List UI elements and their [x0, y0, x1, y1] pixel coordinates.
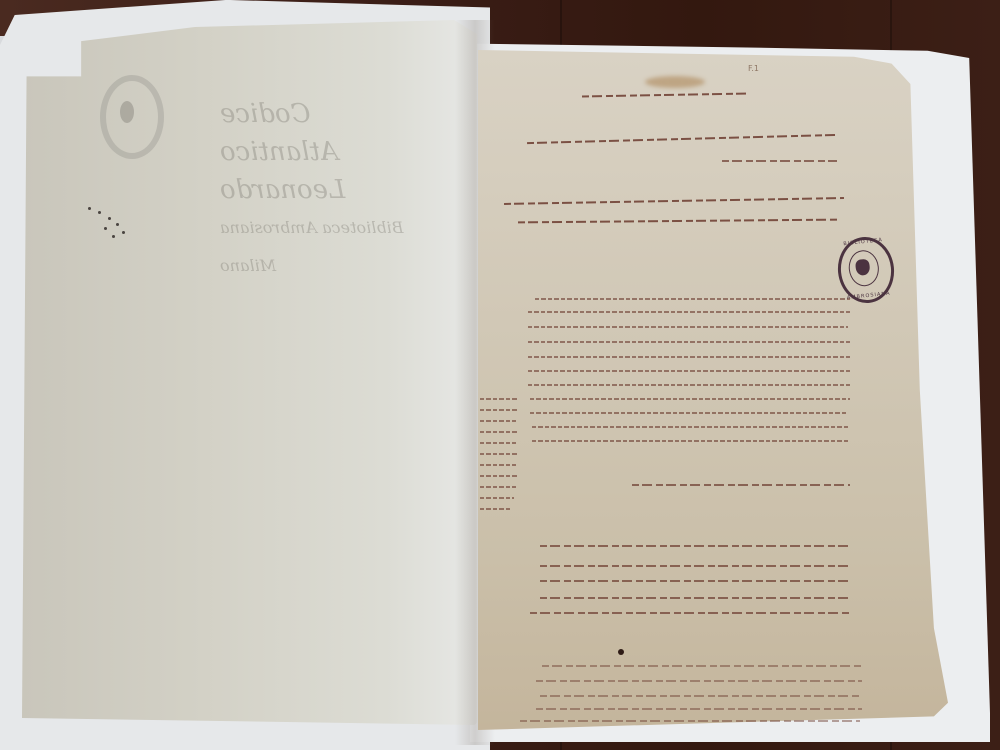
manuscript-line	[632, 484, 850, 486]
faded-line	[540, 695, 862, 697]
manuscript-line	[528, 384, 850, 386]
margin-note-line	[480, 420, 516, 422]
faded-stamp-icon	[100, 75, 164, 159]
manuscript-line	[528, 356, 850, 358]
faded-line	[536, 680, 862, 682]
title-line: Codice	[220, 95, 480, 133]
folio-number: F.1	[748, 64, 759, 73]
ink-specks	[84, 205, 134, 245]
margin-note-line	[480, 431, 518, 433]
margin-note-line	[480, 409, 518, 411]
manuscript-line	[532, 440, 850, 442]
faded-line	[520, 720, 860, 722]
manuscript-line	[528, 341, 850, 343]
manuscript-line	[530, 398, 850, 400]
manuscript-line	[530, 612, 850, 614]
margin-note-line	[480, 453, 518, 455]
manuscript-line	[540, 580, 850, 582]
manuscript-line	[528, 370, 850, 372]
faded-line	[542, 665, 862, 667]
show-through-title: Codice Atlantico Leonardo Biblioteca Amb…	[220, 95, 480, 285]
title-line: Atlantico	[220, 133, 480, 171]
title-line: Milano	[220, 247, 480, 285]
margin-note-line	[480, 486, 516, 488]
margin-note-line	[480, 497, 514, 499]
margin-note-line	[480, 508, 510, 510]
ink-blot	[618, 649, 624, 655]
manuscript-line	[530, 412, 848, 414]
manuscript-line	[528, 326, 848, 328]
title-line: Leonardo	[220, 171, 480, 209]
manuscript-line	[540, 597, 850, 599]
margin-note-line	[480, 475, 518, 477]
margin-note-line	[480, 442, 516, 444]
manuscript-line	[540, 545, 850, 547]
margin-note-line	[480, 464, 516, 466]
manuscript-line	[532, 426, 850, 428]
manuscript-line	[528, 311, 850, 313]
paper-stain	[645, 76, 705, 88]
faded-line	[536, 708, 862, 710]
margin-note-line	[480, 398, 518, 400]
manuscript-line	[535, 298, 850, 300]
manuscript-line	[722, 160, 837, 162]
right-manuscript-sheet	[478, 50, 948, 730]
title-line: Biblioteca Ambrosiana	[220, 209, 480, 247]
photo-scene: Codice Atlantico Leonardo Biblioteca Amb…	[0, 0, 1000, 750]
manuscript-line	[540, 565, 850, 567]
